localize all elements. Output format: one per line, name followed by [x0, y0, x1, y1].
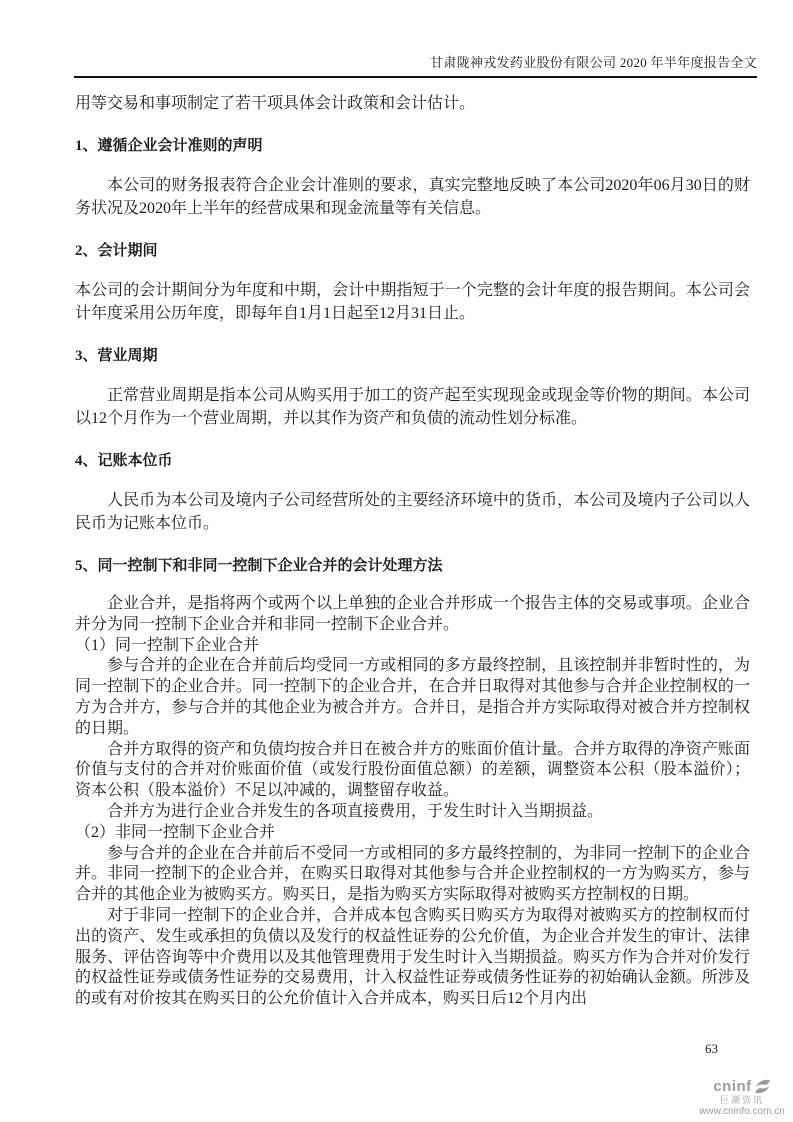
report-header-title: 甘肃陇神戎发药业股份有限公司 2020 年半年度报告全文	[74, 54, 757, 71]
intro-paragraph: 用等交易和事项制定了若干项具体会计政策和会计估计。	[75, 92, 750, 115]
cninfo-logo-row: cninf	[696, 1078, 788, 1094]
cninfo-brand-text: cninf	[713, 1079, 751, 1094]
report-section: 2、会计期间 本公司的会计期间分为年度和中期，会计中期指短于一个完整的会计年度的…	[75, 241, 750, 325]
report-page: 甘肃陇神戎发药业股份有限公司 2020 年半年度报告全文 用等交易和事项制定了若…	[0, 0, 793, 1122]
cninfo-logo: cninf 巨潮资讯 www.cninfo.com.cn	[696, 1078, 788, 1118]
section-paragraph: 本公司的财务报表符合企业会计准则的要求，真实完整地反映了本公司2020年06月3…	[75, 174, 750, 220]
section-heading: 3、营业周期	[75, 346, 750, 366]
section-paragraph: 参与合并的企业在合并前后均受同一方或相同的多方最终控制，且该控制并非暂时性的，为…	[75, 656, 750, 739]
cninfo-swirl-icon	[754, 1079, 771, 1094]
section-paragraph: 本公司的会计期间分为年度和中期，会计中期指短于一个完整的会计年度的报告期间。本公…	[75, 279, 750, 325]
sections-container: 1、遵循企业会计准则的声明 本公司的财务报表符合企业会计准则的要求，真实完整地反…	[75, 136, 750, 1010]
section-paragraph: （2）非同一控制下企业合并	[75, 823, 750, 844]
report-section: 4、记账本位币 人民币为本公司及境内子公司经营所处的主要经济环境中的货币，本公司…	[75, 451, 750, 535]
section-paragraph: 正常营业周期是指本公司从购买用于加工的资产起至实现现金或现金等价物的期间。本公司…	[75, 384, 750, 430]
section-paragraph: 人民币为本公司及境内子公司经营所处的主要经济环境中的货币，本公司及境内子公司以人…	[75, 489, 750, 535]
report-section: 5、同一控制下和非同一控制下企业合并的会计处理方法 企业合并，是指将两个或两个以…	[75, 556, 750, 1010]
section-heading: 5、同一控制下和非同一控制下企业合并的会计处理方法	[75, 556, 750, 576]
section-paragraph: （1）同一控制下企业合并	[75, 636, 750, 657]
page-header: 甘肃陇神戎发药业股份有限公司 2020 年半年度报告全文	[74, 0, 757, 78]
section-paragraph: 对于非同一控制下的企业合并，合并成本包含购买日购买方为取得对被购买方的控制权而付…	[75, 906, 750, 1010]
section-heading: 4、记账本位币	[75, 451, 750, 471]
section-heading: 1、遵循企业会计准则的声明	[75, 136, 750, 156]
section-paragraph: 参与合并的企业在合并前后不受同一方或相同的多方最终控制的，为非同一控制下的企业合…	[75, 844, 750, 906]
page-number: 63	[705, 1041, 718, 1057]
report-section: 1、遵循企业会计准则的声明 本公司的财务报表符合企业会计准则的要求，真实完整地反…	[75, 136, 750, 220]
report-body: 用等交易和事项制定了若干项具体会计政策和会计估计。 1、遵循企业会计准则的声明 …	[75, 92, 750, 1010]
report-section: 3、营业周期 正常营业周期是指本公司从购买用于加工的资产起至实现现金或现金等价物…	[75, 346, 750, 430]
cninfo-chinese-name: 巨潮资讯	[696, 1095, 788, 1105]
section-paragraph: 合并方为进行企业合并发生的各项直接费用，于发生时计入当期损益。	[75, 802, 750, 823]
cninfo-url: www.cninfo.com.cn	[696, 1106, 788, 1118]
section-heading: 2、会计期间	[75, 241, 750, 261]
section-paragraph: 合并方取得的资产和负债均按合并日在被合并方的账面价值计量。合并方取得的净资产账面…	[75, 740, 750, 802]
section-paragraph: 企业合并，是指将两个或两个以上单独的企业合并形成一个报告主体的交易或事项。企业合…	[75, 594, 750, 636]
